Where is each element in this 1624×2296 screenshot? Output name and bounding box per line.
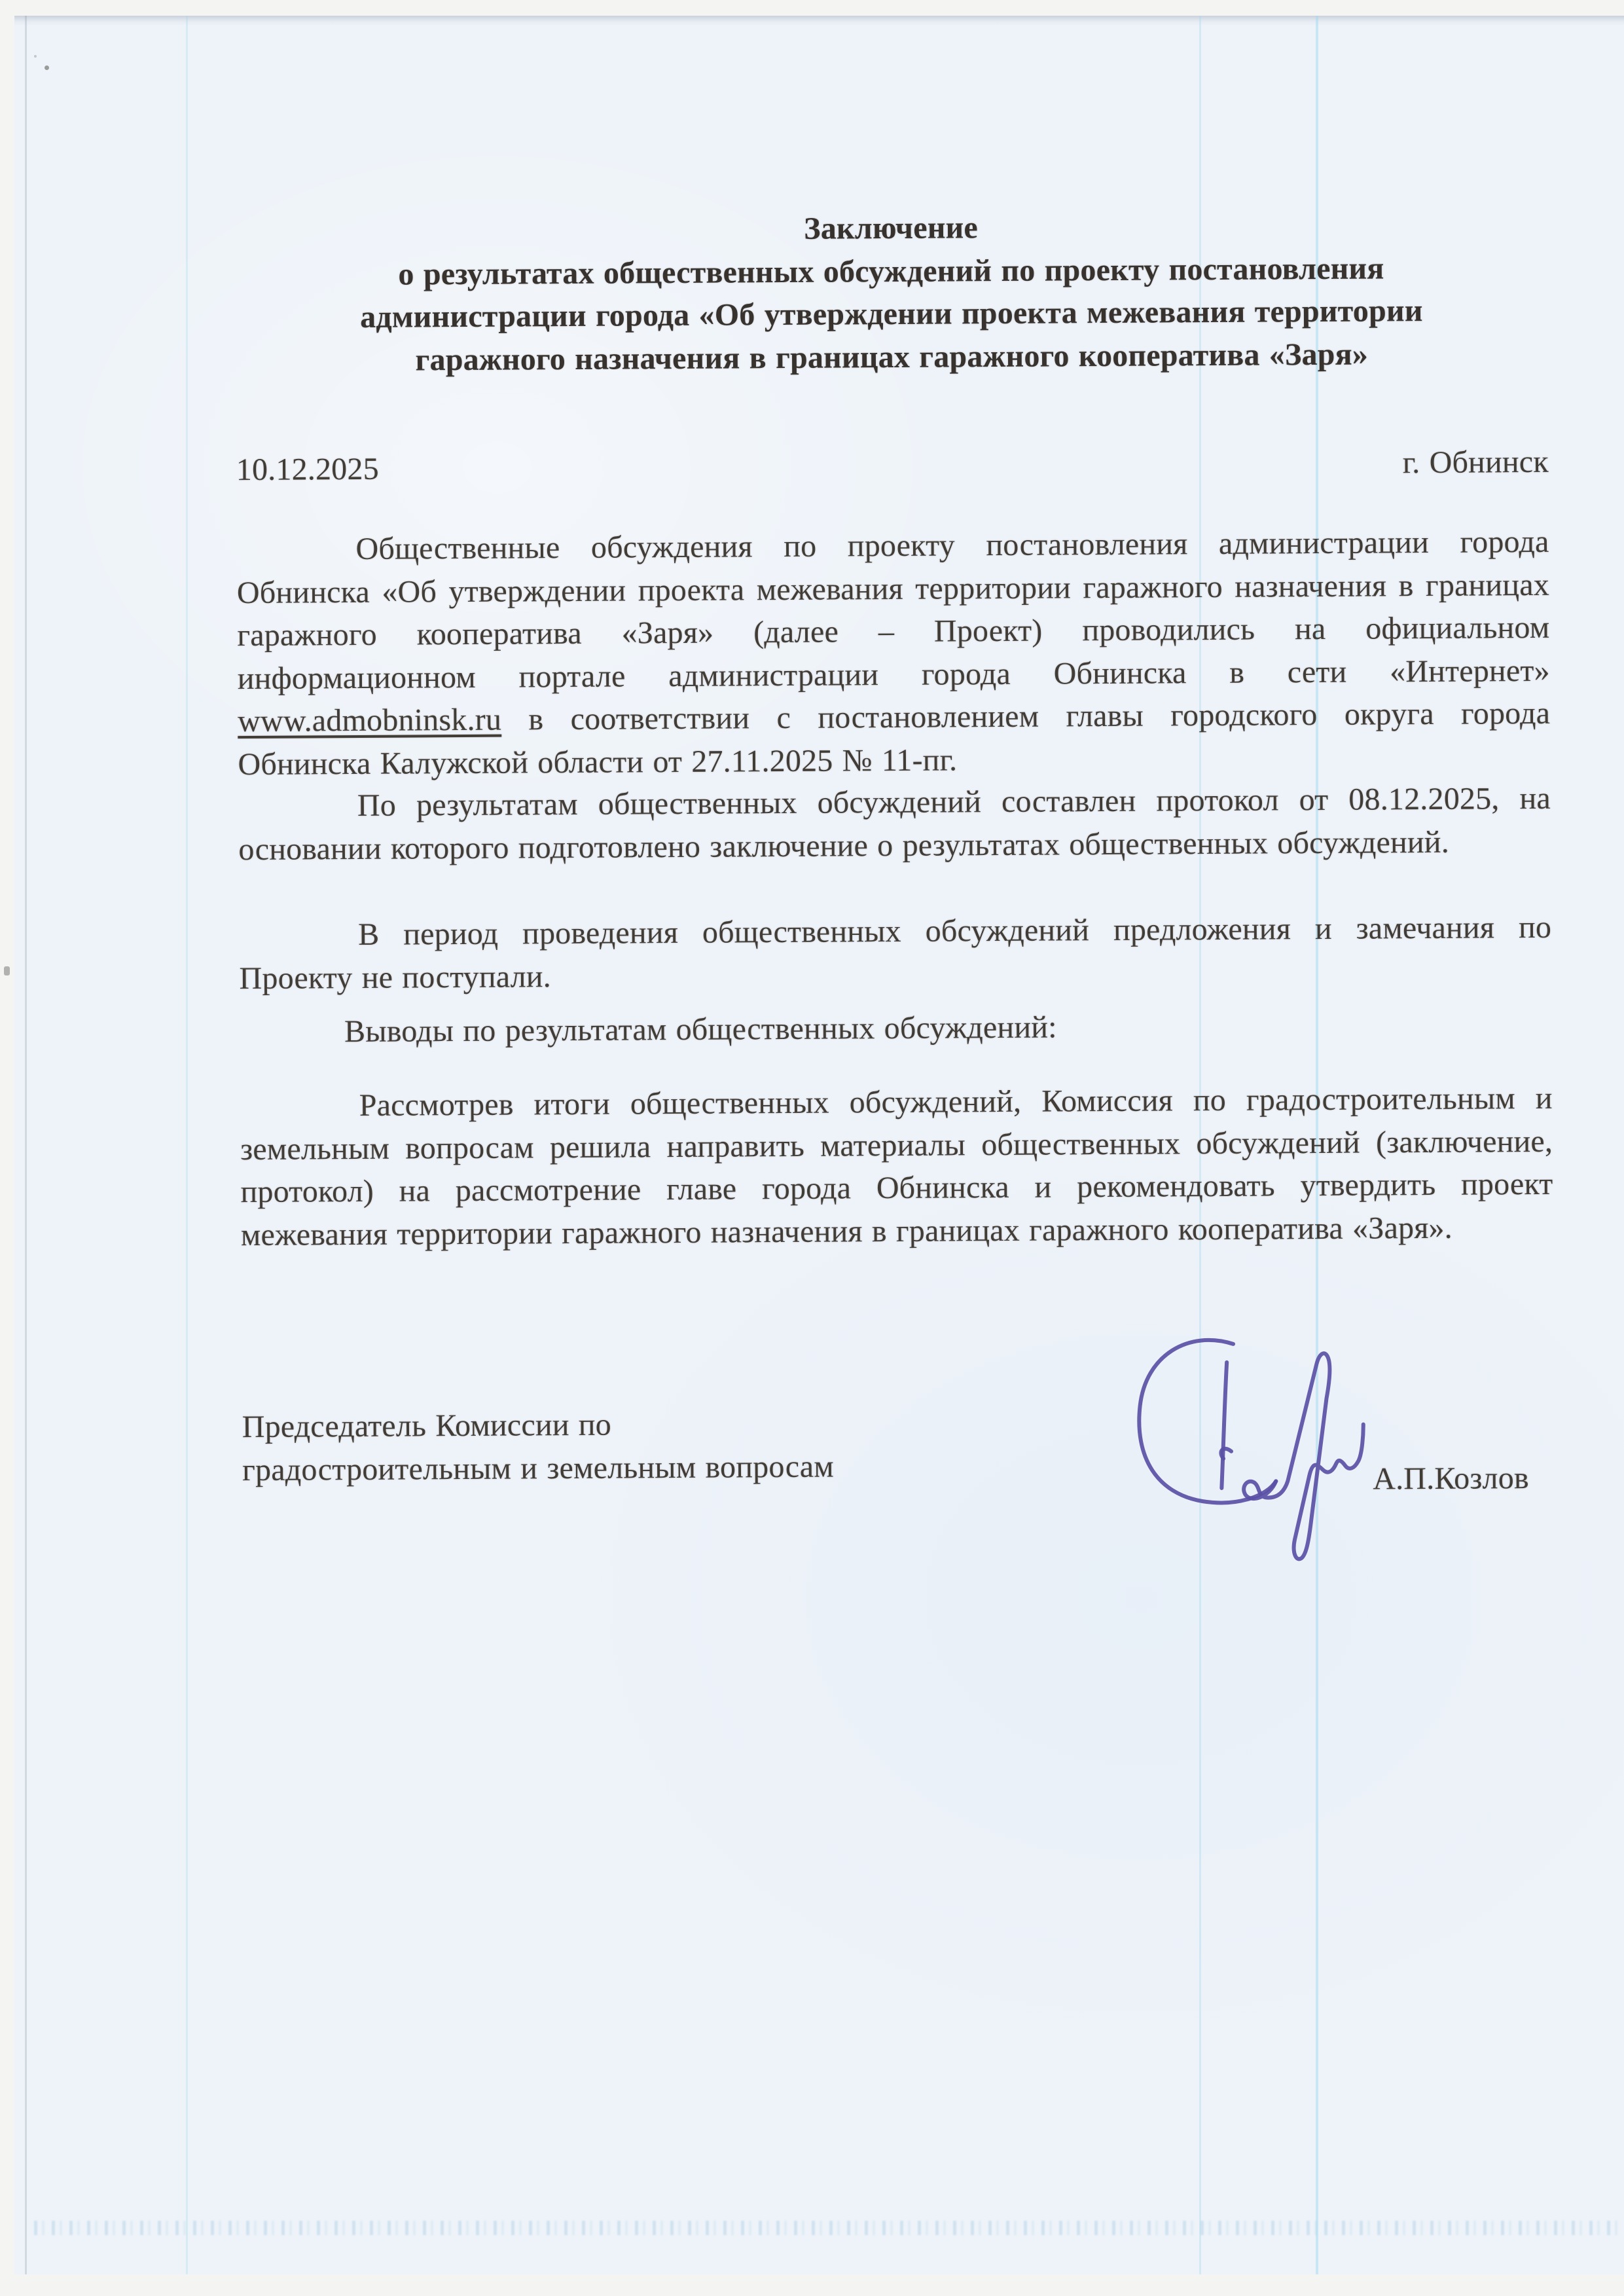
portal-url: www.admobninsk.ru	[238, 702, 501, 738]
title-line: гаражного назначения в границах гаражног…	[236, 331, 1548, 382]
scan-speck	[4, 966, 10, 975]
handwritten-signature	[1135, 1329, 1398, 1599]
title-line: администрации города «Об утверждении про…	[235, 289, 1547, 340]
document-date: 10.12.2025	[236, 448, 379, 492]
document-title: Заключение о результатах общественных об…	[234, 203, 1548, 382]
paragraph-protocol: По результатам общественных обсуждений с…	[238, 777, 1551, 871]
signature-scribble	[1135, 1329, 1398, 1599]
scan-speck	[34, 55, 37, 58]
paragraph-conclusion: Рассмотрев итоги общественных обсуждений…	[240, 1077, 1554, 1256]
document-place: г. Обнинск	[1403, 441, 1549, 484]
date-place-row: 10.12.2025 г. Обнинск	[236, 441, 1549, 492]
paragraph-no-comments: В период проведения общественных обсужде…	[239, 906, 1552, 1000]
title-line: Заключение	[234, 203, 1547, 254]
document-content: Заключение о результатах общественных об…	[233, 0, 1559, 2296]
conclusions-heading: Выводы по результатам общественных обсуж…	[240, 1003, 1552, 1054]
paragraph-discussions: Общественные обсуждения по проекту поста…	[236, 520, 1550, 786]
scan-speck	[45, 65, 49, 70]
scan-left-edge-shadow	[25, 16, 27, 2274]
title-line: о результатах общественных обсуждений по…	[235, 246, 1547, 297]
scanned-page: { "page": { "colors": { "scanner_bg": "#…	[0, 0, 1624, 2296]
paragraph-text: Общественные обсуждения по проекту поста…	[237, 524, 1550, 696]
scanner-streak	[186, 16, 188, 2274]
signatory-name: А.П.Козлов	[1373, 1457, 1529, 1501]
